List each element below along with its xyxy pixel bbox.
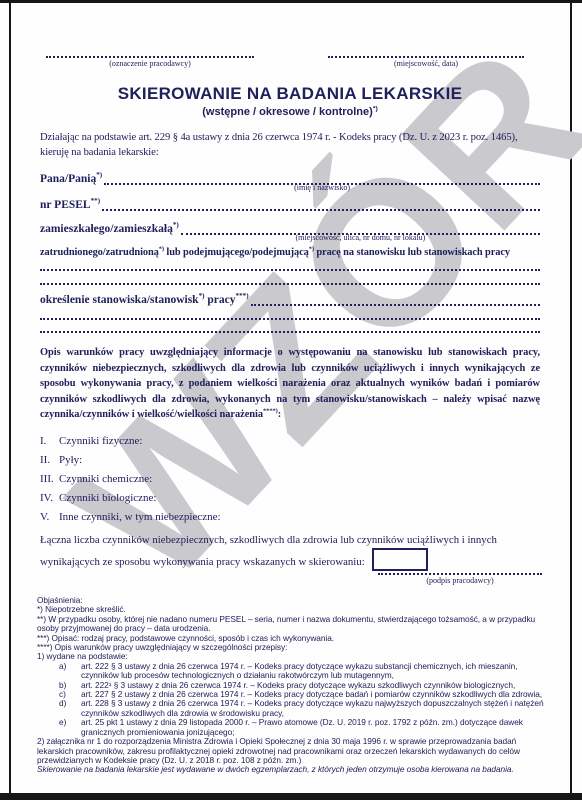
signature-input-line[interactable] [378, 573, 542, 575]
legal-item-text: art. 25 pkt 1 ustawy z dnia 29 listopada… [81, 718, 545, 737]
employer-caption: (oznaczenie pracodawcy) [46, 59, 254, 68]
pesel-input-line[interactable] [102, 196, 540, 211]
name-label: Pana/Panią*) [40, 173, 104, 185]
position-input-line-3[interactable] [40, 331, 540, 333]
factor-item-physical: I.Czynniki fizyczne: [40, 435, 540, 447]
legal-item-e: e) art. 25 pkt 1 ustawy z dnia 29 listop… [37, 718, 545, 737]
factor-item-chemical: III.Czynniki chemiczne: [40, 473, 540, 485]
total-count-box[interactable] [372, 548, 428, 571]
factor-item-other: V.Inne czynniki, w tym niebezpieczne: [40, 511, 540, 523]
legal-item-a: a) art. 222 § 3 ustawy z dnia 26 czerwca… [37, 662, 545, 681]
employment-line: zatrudnionego/zatrudnioną*) lub podejmuj… [40, 247, 540, 258]
factor-item-biological: IV.Czynniki biologiczne: [40, 492, 540, 504]
factor-numeral: IV. [40, 492, 59, 504]
position-input-line[interactable] [251, 291, 540, 306]
factor-label: Inne czynniki, w tym niebezpieczne: [59, 511, 221, 523]
legal-item-letter: d) [59, 699, 81, 718]
factor-numeral: V. [40, 511, 59, 523]
note-asterisk-2: **) W przypadku osoby, której nie nadano… [37, 615, 545, 634]
factor-item-dusts: II.Pyły: [40, 454, 540, 466]
factor-numeral: II. [40, 454, 59, 466]
pesel-row: nr PESEL**) [40, 196, 540, 211]
legal-item-text: art. 228 § 3 ustawy z dnia 26 czerwca 19… [81, 699, 545, 718]
name-input-line[interactable]: (imię i nazwisko) [104, 170, 540, 185]
address-row: zamieszkałego/zamieszkałą*) (miejscowość… [40, 220, 540, 235]
signature-caption: (podpis pracodawcy) [378, 576, 542, 585]
factor-numeral: III. [40, 473, 59, 485]
legal-item-text: art. 222 § 3 ustawy z dnia 26 czerwca 19… [81, 662, 545, 681]
factor-label: Czynniki fizyczne: [59, 435, 142, 447]
scanned-form-page: { "page": { "watermark": "WZÓR" }, "colo… [0, 0, 582, 800]
total-factors-text: Łączna liczba czynników niebezpiecznych,… [40, 534, 497, 568]
address-input-line[interactable]: (miejscowość, ulica, nr domu, nr lokalu) [181, 220, 540, 235]
employer-input-line[interactable] [46, 56, 254, 58]
name-row: Pana/Panią*) (imię i nazwisko) [40, 170, 540, 185]
pesel-label: nr PESEL**) [40, 199, 102, 211]
place-date-input-line[interactable] [328, 56, 524, 58]
name-caption: (imię i nazwisko) [104, 183, 540, 192]
position-row: określenie stanowiska/stanowisk*) pracy*… [40, 291, 540, 306]
note-point-2: 2) załącznika nr 1 do rozporządzenia Min… [37, 737, 545, 765]
place-date-field: (miejscowość, data) [328, 56, 524, 68]
factor-numeral: I. [40, 435, 59, 447]
form-subtitle: (wstępne / okresowe / kontrolne)*) [40, 106, 540, 118]
legal-item-letter: e) [59, 718, 81, 737]
workplace-input-line-2[interactable] [40, 283, 540, 285]
address-caption: (miejscowość, ulica, nr domu, nr lokalu) [181, 233, 540, 242]
legal-item-letter: a) [59, 662, 81, 681]
page-border-left [9, 0, 11, 800]
form-title: SKIEROWANIE NA BADANIA LEKARSKIE [40, 84, 540, 104]
intro-paragraph: Działając na podstawie art. 229 § 4a ust… [40, 131, 540, 160]
notes-section: Objaśnienia: *) Niepotrzebne skreślić. *… [37, 596, 545, 775]
form-content: (oznaczenie pracodawcy) (miejscowość, da… [40, 0, 540, 800]
signature-field: (podpis pracodawcy) [378, 573, 542, 585]
work-conditions-paragraph: Opis warunków pracy uwzględniający infor… [40, 345, 540, 423]
total-factors-paragraph: Łączna liczba czynników niebezpiecznych,… [40, 533, 540, 571]
address-label: zamieszkałego/zamieszkałą*) [40, 223, 181, 235]
position-label: określenie stanowiska/stanowisk*) pracy*… [40, 294, 251, 306]
final-note: Skierowanie na badania lekarskie jest wy… [37, 765, 545, 774]
position-input-line-2[interactable] [40, 318, 540, 320]
employer-field: (oznaczenie pracodawcy) [46, 56, 254, 68]
factor-label: Czynniki chemiczne: [59, 473, 152, 485]
factor-label: Czynniki biologiczne: [59, 492, 156, 504]
workplace-input-line-1[interactable] [40, 269, 540, 271]
legal-item-d: d) art. 228 § 3 ustawy z dnia 26 czerwca… [37, 699, 545, 718]
header-row: (oznaczenie pracodawcy) (miejscowość, da… [40, 56, 540, 68]
factor-label: Pyły: [59, 454, 82, 466]
place-date-caption: (miejscowość, data) [328, 59, 524, 68]
